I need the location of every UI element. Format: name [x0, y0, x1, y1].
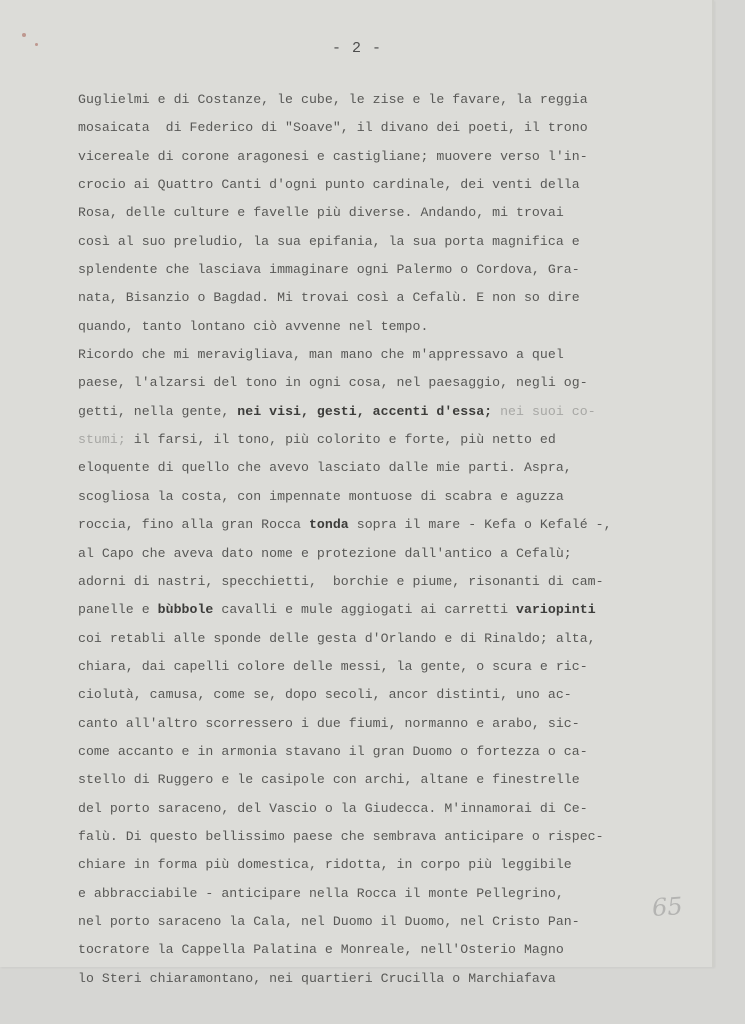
text-line: chiara, dai capelli colore delle messi, … [78, 653, 718, 681]
text-segment: eloquente di quello che avevo lasciato d… [78, 460, 572, 475]
text-segment: ciolutà, camusa, come se, dopo secoli, a… [78, 687, 572, 702]
text-segment: nel porto saraceno la Cala, nel Duomo il… [78, 914, 580, 929]
text-segment: panelle e [78, 602, 158, 617]
text-line: Guglielmi e di Costanze, le cube, le zis… [78, 86, 718, 114]
text-segment: tocratore la Cappella Palatina e Monreal… [78, 942, 564, 957]
text-segment: crocio ai Quattro Canti d'ogni punto car… [78, 177, 580, 192]
text-line: vicereale di corone aragonesi e castigli… [78, 143, 718, 171]
text-segment: il farsi, il tono, più colorito e forte,… [126, 432, 556, 447]
text-segment: mosaicata di Federico di "Soave", il div… [78, 120, 588, 135]
text-line: tocratore la Cappella Palatina e Monreal… [78, 936, 718, 964]
overtyped-text: bùbbole [158, 602, 214, 617]
faded-text: stumi; [78, 432, 126, 447]
text-line: chiare in forma più domestica, ridotta, … [78, 851, 718, 879]
text-segment: stello di Ruggero e le casipole con arch… [78, 772, 580, 787]
text-line: scogliosa la costa, con impennate montuo… [78, 483, 718, 511]
text-segment: canto all'altro scorressero i due fiumi,… [78, 716, 580, 731]
text-segment: adorni di nastri, specchietti, borchie e… [78, 574, 604, 589]
text-line: falù. Di questo bellissimo paese che sem… [78, 823, 718, 851]
text-segment: Guglielmi e di Costanze, le cube, le zis… [78, 92, 588, 107]
text-segment: lo Steri chiaramontano, nei quartieri Cr… [78, 971, 556, 986]
text-line: adorni di nastri, specchietti, borchie e… [78, 568, 718, 596]
text-segment: chiare in forma più domestica, ridotta, … [78, 857, 572, 872]
text-segment: roccia, fino alla gran Rocca [78, 517, 309, 532]
text-line: canto all'altro scorressero i due fiumi,… [78, 710, 718, 738]
text-line: nata, Bisanzio o Bagdad. Mi trovai così … [78, 284, 718, 312]
text-line: come accanto e in armonia stavano il gra… [78, 738, 718, 766]
overtyped-text: tonda [309, 517, 349, 532]
text-segment: vicereale di corone aragonesi e castigli… [78, 149, 588, 164]
text-segment: Ricordo che mi meravigliava, man mano ch… [78, 347, 564, 362]
text-segment: del porto saraceno, del Vascio o la Giud… [78, 801, 588, 816]
text-line: Ricordo che mi meravigliava, man mano ch… [78, 341, 718, 369]
text-line: mosaicata di Federico di "Soave", il div… [78, 114, 718, 142]
text-line: nel porto saraceno la Cala, nel Duomo il… [78, 908, 718, 936]
handwritten-page-annotation: 65 [651, 892, 683, 922]
text-line: Rosa, delle culture e favelle più divers… [78, 199, 718, 227]
text-segment: al Capo che aveva dato nome e protezione… [78, 546, 572, 561]
overtyped-text: nei visi, gesti, accenti d'essa; [237, 404, 492, 419]
text-segment: così al suo preludio, la sua epifania, l… [78, 234, 580, 249]
text-segment: paese, l'alzarsi del tono in ogni cosa, … [78, 375, 588, 390]
text-segment: falù. Di questo bellissimo paese che sem… [78, 829, 604, 844]
text-line: così al suo preludio, la sua epifania, l… [78, 228, 718, 256]
text-segment: nata, Bisanzio o Bagdad. Mi trovai così … [78, 290, 580, 305]
text-line: coi retabli alle sponde delle gesta d'Or… [78, 625, 718, 653]
text-line: roccia, fino alla gran Rocca tonda sopra… [78, 511, 718, 539]
text-line: ciolutà, camusa, come se, dopo secoli, a… [78, 681, 718, 709]
text-line: crocio ai Quattro Canti d'ogni punto car… [78, 171, 718, 199]
text-segment: splendente che lasciava immaginare ogni … [78, 262, 580, 277]
text-line: al Capo che aveva dato nome e protezione… [78, 540, 718, 568]
text-segment: cavalli e mule aggiogati ai carretti [213, 602, 516, 617]
text-segment: Rosa, delle culture e favelle più divers… [78, 205, 564, 220]
text-line: getti, nella gente, nei visi, gesti, acc… [78, 398, 718, 426]
text-segment: coi retabli alle sponde delle gesta d'Or… [78, 631, 596, 646]
text-line: lo Steri chiaramontano, nei quartieri Cr… [78, 965, 718, 993]
paper-stain [22, 33, 26, 37]
text-segment: getti, nella gente, [78, 404, 237, 419]
page-number: - 2 - [0, 40, 714, 57]
text-line: quando, tanto lontano ciò avvenne nel te… [78, 313, 718, 341]
body-text: Guglielmi e di Costanze, le cube, le zis… [78, 86, 718, 993]
overtyped-text: variopinti [516, 602, 596, 617]
text-line: eloquente di quello che avevo lasciato d… [78, 454, 718, 482]
faded-text: nei suoi co- [492, 404, 596, 419]
text-line: stello di Ruggero e le casipole con arch… [78, 766, 718, 794]
text-line: del porto saraceno, del Vascio o la Giud… [78, 795, 718, 823]
text-segment: chiara, dai capelli colore delle messi, … [78, 659, 588, 674]
text-line: splendente che lasciava immaginare ogni … [78, 256, 718, 284]
text-segment: scogliosa la costa, con impennate montuo… [78, 489, 564, 504]
text-line: paese, l'alzarsi del tono in ogni cosa, … [78, 369, 718, 397]
text-segment: come accanto e in armonia stavano il gra… [78, 744, 588, 759]
text-line: e abbracciabile - anticipare nella Rocca… [78, 880, 718, 908]
typewritten-page: - 2 - Guglielmi e di Costanze, le cube, … [0, 0, 714, 967]
text-segment: sopra il mare - Kefa o Kefalé -, [349, 517, 612, 532]
text-segment: quando, tanto lontano ciò avvenne nel te… [78, 319, 428, 334]
text-segment: e abbracciabile - anticipare nella Rocca… [78, 886, 564, 901]
text-line: stumi; il farsi, il tono, più colorito e… [78, 426, 718, 454]
text-line: panelle e bùbbole cavalli e mule aggioga… [78, 596, 718, 624]
